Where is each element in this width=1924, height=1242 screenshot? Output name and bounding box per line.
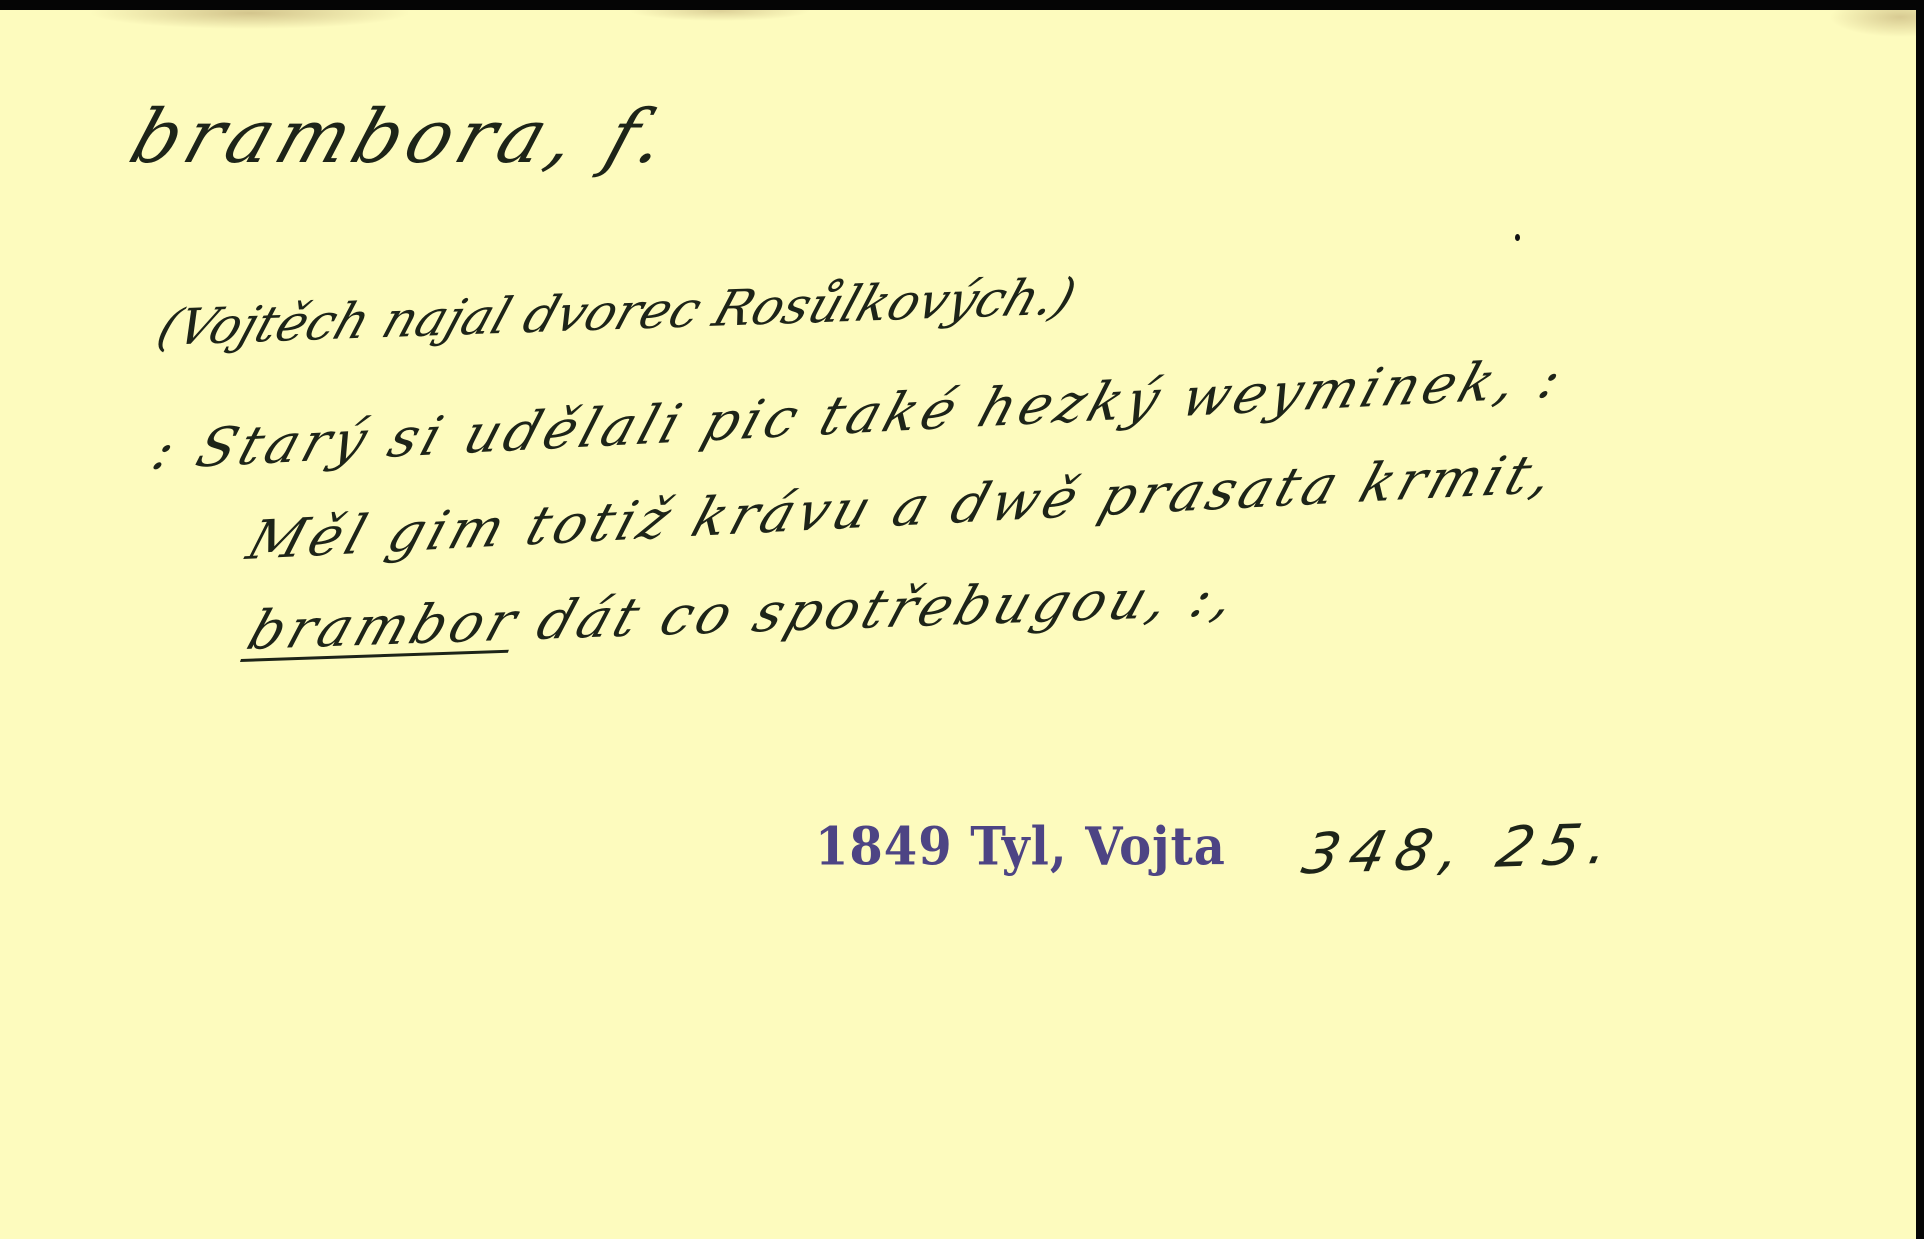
source-stamp: 1849 Tyl, Vojta [815, 816, 1226, 878]
index-card: brambora, f. (Vojtěch najal dvorec Rosůl… [0, 9, 1916, 1239]
scan-border-top [0, 0, 1924, 10]
underlined-headword-occurrence: brambor [240, 590, 529, 662]
scan-border-right [1916, 0, 1924, 1242]
page-reference: 348, 25. [1297, 812, 1625, 888]
ink-speck [1515, 234, 1520, 241]
quote-line-3: brambor dát co spotřebugou, :, [240, 565, 1247, 662]
context-note: (Vojtěch najal dvorec Rosůlkových.) [150, 268, 1083, 357]
quote-line-3-rest: dát co spotřebugou, :, [529, 565, 1247, 652]
headword: brambora, f. [120, 94, 684, 180]
